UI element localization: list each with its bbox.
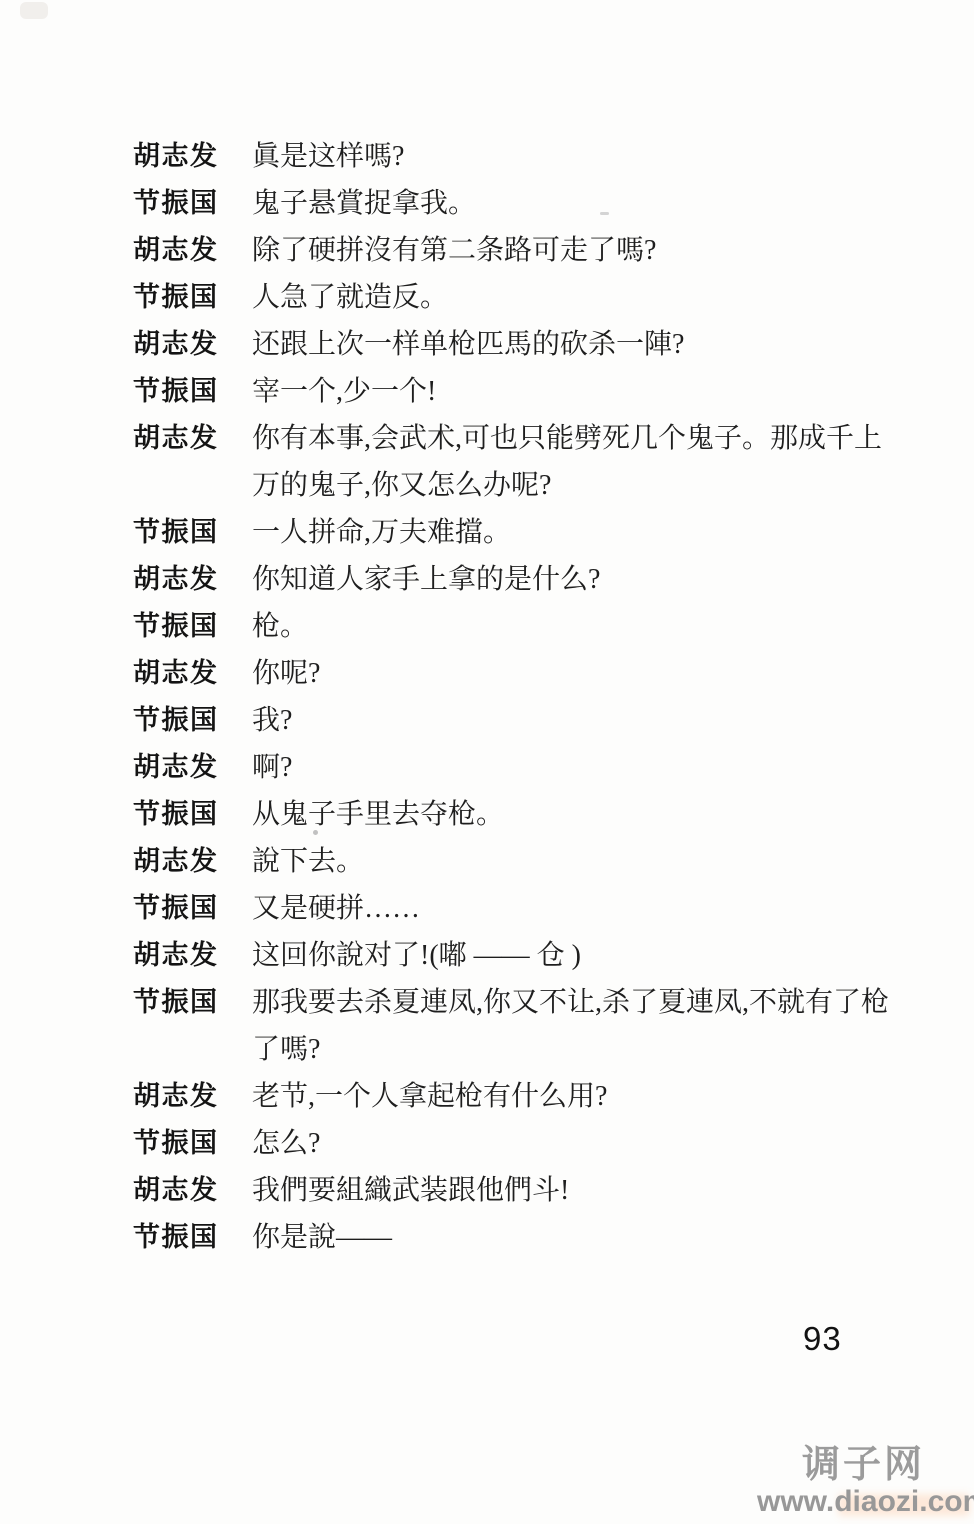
dialogue-text: 你有本事,会武术,可也只能劈死几个鬼子。那成千上万的鬼子,你又怎么办呢?	[252, 415, 902, 509]
dialogue-row: 胡志发 除了硬拼沒有第二条路可走了嗎?	[133, 227, 923, 274]
dialogue-text: 又是硬拼……	[252, 885, 902, 932]
scan-smudge	[20, 2, 48, 19]
speaker-name: 胡志发	[133, 133, 252, 180]
dialogue-block: 胡志发 眞是这样嗎? 节振国 鬼子悬賞捉拿我。 胡志发 除了硬拼沒有第二条路可走…	[133, 133, 923, 1261]
speaker-name: 节振国	[133, 509, 252, 556]
dialogue-row: 节振国 你是說——	[133, 1214, 923, 1261]
speaker-name: 节振国	[133, 697, 252, 744]
speaker-name: 胡志发	[133, 415, 252, 462]
speaker-name: 节振国	[133, 368, 252, 415]
dialogue-row: 节振国 从鬼子手里去夺枪。	[133, 791, 923, 838]
dialogue-text: 还跟上次一样单枪匹馬的砍杀一陣?	[252, 321, 902, 368]
speaker-name: 节振国	[133, 791, 252, 838]
dialogue-text: 你呢?	[252, 650, 902, 697]
speaker-name: 胡志发	[133, 932, 252, 979]
dialogue-row: 胡志发 啊?	[133, 744, 923, 791]
watermark-site-name: 调子网	[802, 1444, 925, 1486]
speaker-name: 胡志发	[133, 556, 252, 603]
speaker-name: 胡志发	[133, 321, 252, 368]
dialogue-text: 老节,一个人拿起枪有什么用?	[252, 1073, 902, 1120]
speaker-name: 节振国	[133, 979, 252, 1026]
dialogue-text: 宰一个,少一个!	[252, 368, 902, 415]
dialogue-row: 胡志发 你呢?	[133, 650, 923, 697]
speaker-name: 节振国	[133, 1120, 252, 1167]
dialogue-text: 說下去。	[252, 838, 902, 885]
dialogue-text: 这回你說对了!(嘟 —— 仓 )	[252, 932, 902, 979]
dialogue-row: 胡志发 我們要組織武装跟他們斗!	[133, 1167, 923, 1214]
dialogue-row: 节振国 一人拼命,万夫难擋。	[133, 509, 923, 556]
speaker-name: 节振国	[133, 885, 252, 932]
dialogue-row: 胡志发 說下去。	[133, 838, 923, 885]
dialogue-row: 胡志发 你知道人家手上拿的是什么?	[133, 556, 923, 603]
dialogue-row: 节振国 那我要去杀夏連凤,你又不让,杀了夏連凤,不就有了枪了嗎?	[133, 979, 923, 1073]
dialogue-row: 节振国 枪。	[133, 603, 923, 650]
dialogue-row: 节振国 我?	[133, 697, 923, 744]
speaker-name: 胡志发	[133, 227, 252, 274]
dialogue-text: 你是說——	[252, 1214, 902, 1261]
dialogue-row: 胡志发 这回你說对了!(嘟 —— 仓 )	[133, 932, 923, 979]
speaker-name: 胡志发	[133, 1073, 252, 1120]
dialogue-text: 那我要去杀夏連凤,你又不让,杀了夏連凤,不就有了枪了嗎?	[252, 979, 902, 1073]
speaker-name: 节振国	[133, 180, 252, 227]
scanned-script-page: 胡志发 眞是这样嗎? 节振国 鬼子悬賞捉拿我。 胡志发 除了硬拼沒有第二条路可走…	[0, 0, 974, 1524]
watermark-site-url: www.diaozi.com	[757, 1486, 974, 1518]
dialogue-text: 你知道人家手上拿的是什么?	[252, 556, 902, 603]
speaker-name: 胡志发	[133, 1167, 252, 1214]
dialogue-text: 我?	[252, 697, 902, 744]
dialogue-text: 啊?	[252, 744, 902, 791]
dialogue-row: 胡志发 你有本事,会武术,可也只能劈死几个鬼子。那成千上万的鬼子,你又怎么办呢?	[133, 415, 923, 509]
dialogue-text: 除了硬拼沒有第二条路可走了嗎?	[252, 227, 902, 274]
dialogue-text: 枪。	[252, 603, 902, 650]
dialogue-row: 节振国 宰一个,少一个!	[133, 368, 923, 415]
dialogue-row: 胡志发 老节,一个人拿起枪有什么用?	[133, 1073, 923, 1120]
dialogue-text: 一人拼命,万夫难擋。	[252, 509, 902, 556]
speaker-name: 胡志发	[133, 838, 252, 885]
speaker-name: 节振国	[133, 1214, 252, 1261]
dialogue-row: 胡志发 眞是这样嗎?	[133, 133, 923, 180]
dialogue-text: 鬼子悬賞捉拿我。	[252, 180, 902, 227]
dialogue-text: 我們要組織武装跟他們斗!	[252, 1167, 902, 1214]
dialogue-text: 眞是这样嗎?	[252, 133, 902, 180]
speaker-name: 胡志发	[133, 744, 252, 791]
dialogue-text: 怎么?	[252, 1120, 902, 1167]
speaker-name: 节振国	[133, 274, 252, 321]
speaker-name: 胡志发	[133, 650, 252, 697]
speaker-name: 节振国	[133, 603, 252, 650]
dialogue-row: 胡志发 还跟上次一样单枪匹馬的砍杀一陣?	[133, 321, 923, 368]
dialogue-row: 节振国 怎么?	[133, 1120, 923, 1167]
page-number: 93	[803, 1320, 842, 1358]
dialogue-row: 节振国 又是硬拼……	[133, 885, 923, 932]
dialogue-text: 从鬼子手里去夺枪。	[252, 791, 902, 838]
dialogue-text: 人急了就造反。	[252, 274, 902, 321]
dialogue-row: 节振国 鬼子悬賞捉拿我。	[133, 180, 923, 227]
dialogue-row: 节振国 人急了就造反。	[133, 274, 923, 321]
